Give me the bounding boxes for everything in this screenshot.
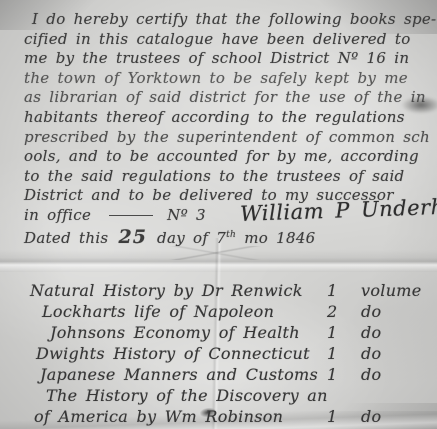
date-day: 25 (119, 226, 147, 248)
certificate-line: to the said regulations to the trustees … (24, 167, 427, 187)
book-row: The History of the Discovery and conques… (26, 385, 423, 427)
book-title: Lockharts life of Napoleon (26, 301, 327, 322)
date-prefix: Dated this (24, 229, 108, 247)
book-quantity: 1 (327, 322, 361, 343)
book-list: Natural History by Dr Renwick 1 volume L… (26, 280, 423, 427)
document-scan: I do hereby certify that the following b… (0, 0, 437, 429)
book-quantity: 1 (327, 406, 361, 427)
date-middle: day of 7 (157, 229, 226, 247)
book-unit: volume (361, 280, 423, 301)
dash-rule (109, 215, 153, 216)
certificate-line: as librarian of said district for the us… (24, 88, 427, 108)
book-row: Lockharts life of Napoleon 2 do (26, 301, 423, 322)
book-row: Johnsons Economy of Health 1 do (26, 322, 423, 343)
book-title: Natural History by Dr Renwick (26, 280, 327, 301)
book-title: The History of the Discovery and conques… (26, 385, 327, 427)
book-quantity: 1 (327, 343, 361, 364)
book-title: Dwights History of Connecticut (26, 343, 327, 364)
book-row: Dwights History of Connecticut 1 do (26, 343, 423, 364)
certificate-line: cified in this catalogue have been deliv… (24, 30, 427, 50)
date-suffix: mo 1846 (244, 229, 315, 247)
date-line: Dated this 25 day of 7th mo 1846 (24, 226, 427, 249)
book-unit: do (361, 343, 423, 364)
certificate-line: prescribed by the superintendent of comm… (24, 128, 427, 148)
certificate-line: I do hereby certify that the following b… (24, 10, 427, 30)
office-line-text: in office (24, 206, 91, 226)
certificate-line: me by the trustees of school District Nº… (24, 49, 427, 69)
book-title: Japanese Manners and Customs (26, 364, 327, 385)
book-unit: do (361, 322, 423, 343)
book-quantity: 2 (327, 301, 361, 322)
book-unit: do (361, 406, 423, 427)
book-row: Japanese Manners and Customs 1 do (26, 364, 423, 385)
date-ordinal: th (226, 230, 236, 240)
book-row: Natural History by Dr Renwick 1 volume (26, 280, 423, 301)
book-title-line1: The History of the Discovery and conques… (26, 385, 327, 406)
book-quantity: 1 (327, 280, 361, 301)
book-title: Johnsons Economy of Health (26, 322, 327, 343)
book-unit: do (361, 301, 423, 322)
book-title-line2: of America by Wm Robinson (26, 406, 327, 427)
certificate-line: habitants thereof according to the regul… (24, 108, 427, 128)
book-unit: do (361, 364, 423, 385)
certificate-line: the town of Yorktown to be safely kept b… (24, 69, 427, 89)
certificate-line: ools, and to be accounted for by me, acc… (24, 147, 427, 167)
book-quantity: 1 (327, 364, 361, 385)
district-number: Nº 3 (167, 206, 206, 226)
